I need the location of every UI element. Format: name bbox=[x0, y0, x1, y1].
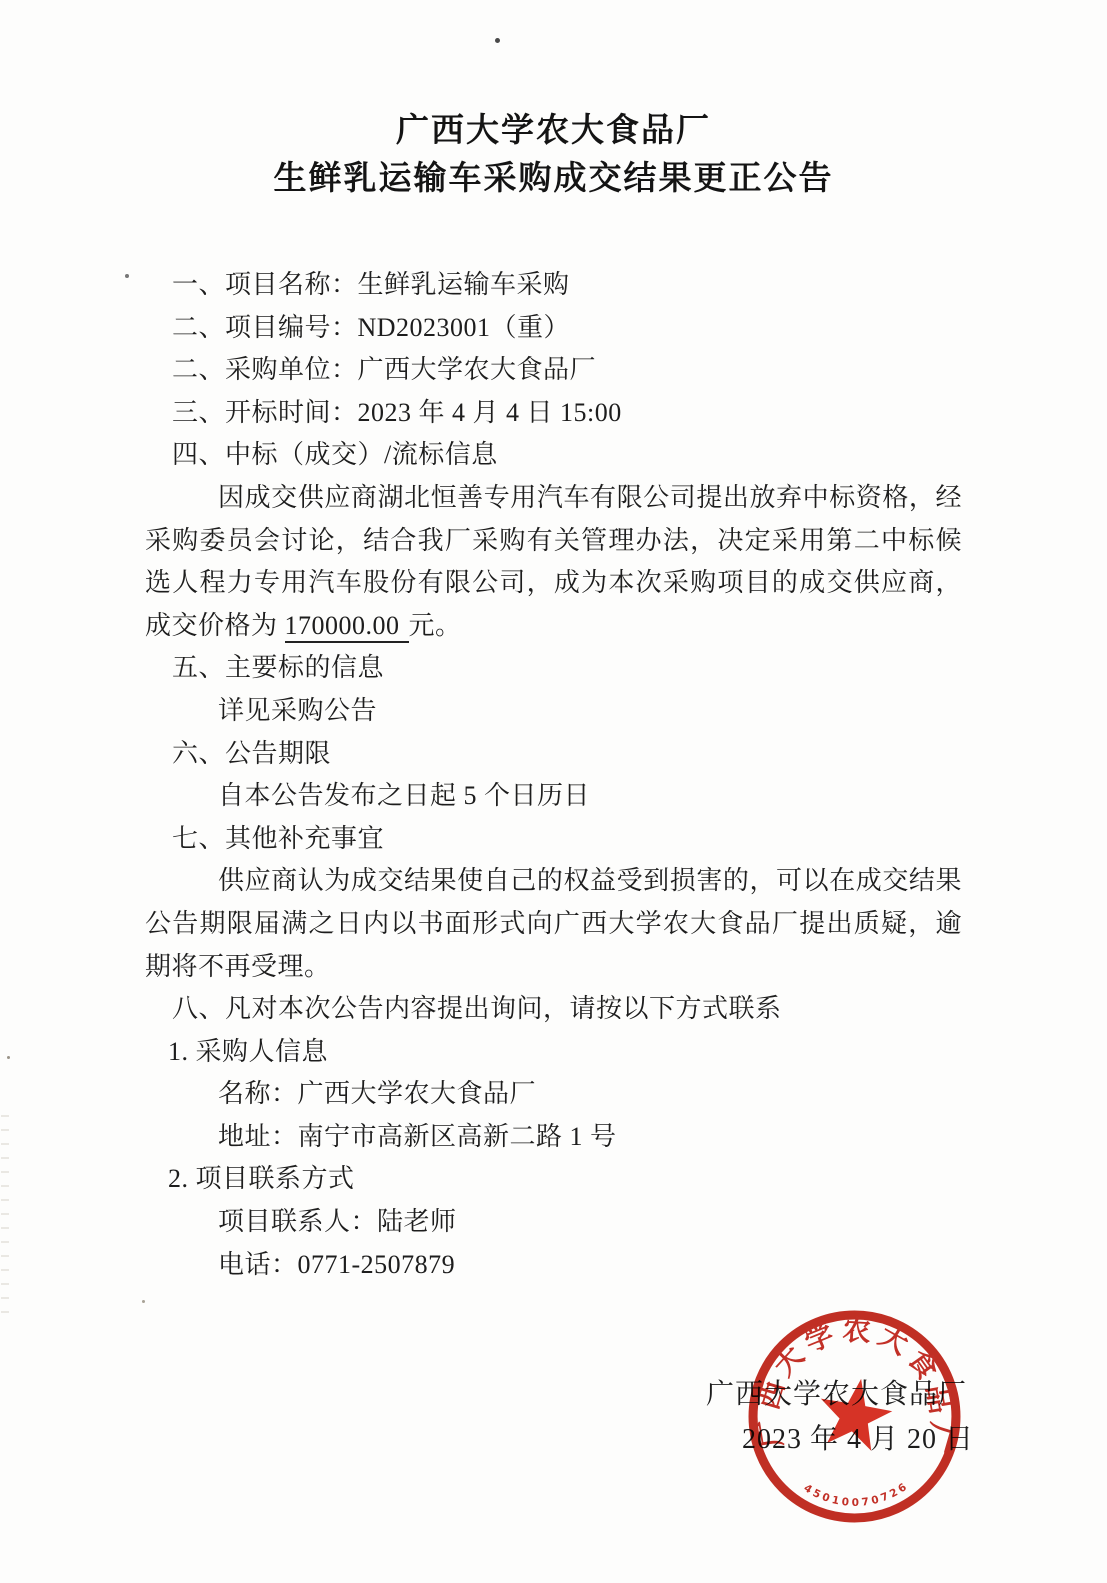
line-subject-info-heading: 五、主要标的信息 bbox=[145, 647, 962, 690]
para-award-line-1: 因成交供应商湖北恒善专用汽车有限公司提出放弃中标资格，经 bbox=[145, 477, 962, 520]
line-award-price: 成交价格为 170000.00元。 bbox=[145, 605, 962, 648]
scan-artifact-dot bbox=[142, 1300, 145, 1303]
line-purchaser-info-heading: 1. 采购人信息 bbox=[145, 1031, 962, 1074]
official-seal-stamp: 广西大学农大食品厂 4501007072647 bbox=[744, 1306, 965, 1527]
line-project-name: 一、项目名称：生鲜乳运输车采购 bbox=[145, 264, 962, 307]
price-amount: 170000.00 bbox=[285, 611, 409, 643]
price-suffix: 元。 bbox=[409, 611, 462, 640]
para-supplementary-line-2: 公告期限届满之日内以书面形式向广西大学农大食品厂提出质疑，逾 bbox=[145, 903, 962, 946]
para-supplementary-line-1: 供应商认为成交结果使自己的权益受到损害的，可以在成交结果 bbox=[145, 860, 962, 903]
line-contact-intro: 八、凡对本次公告内容提出询问，请按以下方式联系 bbox=[145, 988, 962, 1031]
line-purchaser-name: 名称：广西大学农大食品厂 bbox=[145, 1073, 962, 1116]
title-line-1: 广西大学农大食品厂 bbox=[0, 106, 1107, 154]
scan-edge-noise bbox=[1, 1115, 9, 1320]
scan-artifact-dot bbox=[7, 1056, 10, 1059]
line-bid-opening-time: 三、开标时间：2023 年 4 月 4 日 15:00 bbox=[145, 392, 962, 435]
line-purchaser-address: 地址：南宁市高新区高新二路 1 号 bbox=[145, 1116, 962, 1159]
star-icon bbox=[813, 1373, 896, 1454]
line-announcement-period-heading: 六、公告期限 bbox=[145, 733, 962, 776]
para-award-line-3: 选人程力专用汽车股份有限公司，成为本次采购项目的成交供应商， bbox=[145, 562, 962, 605]
document-body: 一、项目名称：生鲜乳运输车采购 二、项目编号：ND2023001（重） 二、采购… bbox=[145, 264, 962, 1286]
scanned-document-page: 广西大学农大食品厂 生鲜乳运输车采购成交结果更正公告 一、项目名称：生鲜乳运输车… bbox=[0, 0, 1107, 1583]
para-award-line-2: 采购委员会讨论，结合我厂采购有关管理办法，决定采用第二中标候 bbox=[145, 520, 962, 563]
line-supplementary-heading: 七、其他补充事宜 bbox=[145, 818, 962, 861]
line-purchasing-unit: 二、采购单位：广西大学农大食品厂 bbox=[145, 349, 962, 392]
line-contact-person: 项目联系人：陆老师 bbox=[145, 1201, 962, 1244]
para-supplementary-line-3: 期将不再受理。 bbox=[145, 946, 962, 989]
line-project-contact-heading: 2. 项目联系方式 bbox=[145, 1158, 962, 1201]
document-title: 广西大学农大食品厂 生鲜乳运输车采购成交结果更正公告 bbox=[0, 106, 1107, 202]
price-prefix: 成交价格为 bbox=[145, 611, 285, 640]
line-see-announcement: 详见采购公告 bbox=[145, 690, 962, 733]
line-period-duration: 自本公告发布之日起 5 个日历日 bbox=[145, 775, 962, 818]
scan-artifact-dot bbox=[495, 38, 500, 43]
line-project-number: 二、项目编号：ND2023001（重） bbox=[145, 307, 962, 350]
title-line-2: 生鲜乳运输车采购成交结果更正公告 bbox=[0, 154, 1107, 202]
line-award-info-heading: 四、中标（成交）/流标信息 bbox=[145, 434, 962, 477]
scan-artifact-dot bbox=[125, 274, 129, 278]
line-contact-phone: 电话：0771-2507879 bbox=[145, 1244, 962, 1287]
